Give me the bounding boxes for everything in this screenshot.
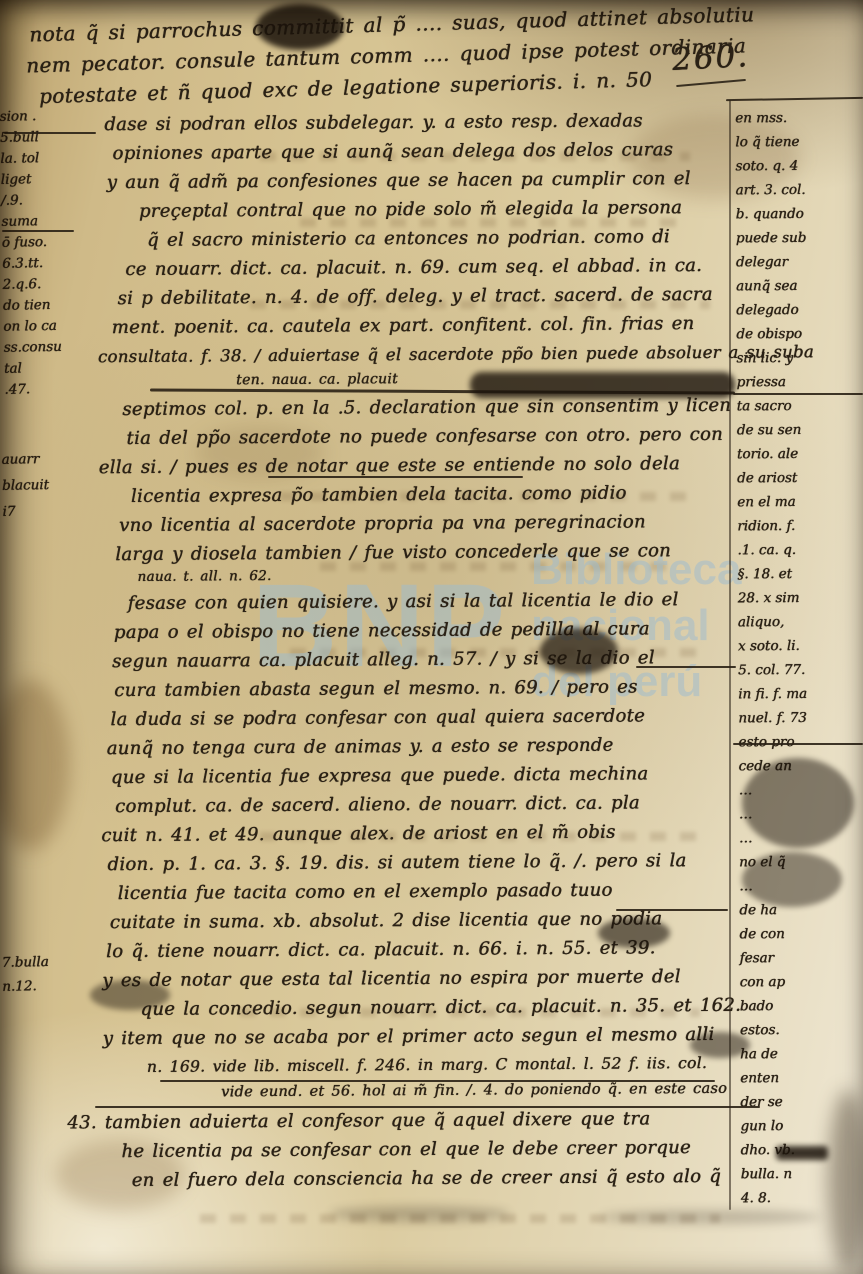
manuscript-line: ce nouarr. dict. ca. placuit. n. 69. cum… (125, 251, 735, 284)
margin-note: puede sub (736, 226, 858, 251)
margin-note: de con (739, 922, 861, 947)
manuscript-line: licentia expresa p̃o tambien dela tacita… (131, 478, 737, 511)
margin-note: 7.bulla (2, 949, 96, 975)
manuscript-line: si p debilitate. n. 4. de off. deleg. y … (117, 280, 735, 313)
margin-note: la. tol (0, 147, 94, 170)
margin-note: torio. ale (737, 442, 859, 467)
margin-note: x soto. li. (738, 634, 860, 659)
margin-note: aunq̃ sea (736, 274, 858, 299)
manuscript-line: consultata. f. 38. / aduiertase q̃ el sa… (98, 338, 736, 371)
manuscript-line: larga y diosela tambien / fue visto conc… (115, 536, 737, 569)
manuscript-line: he licentia pa se confesar con el que le… (121, 1133, 741, 1166)
margin-note: der se (740, 1090, 862, 1115)
margin-note: lo q̃ tiene (735, 130, 857, 155)
parchment-page: BNP Bibliotecanacionaldel perú nota q̃ s… (0, 0, 863, 1274)
manuscript-line: fesase con quien quisiere. y asi si la t… (128, 585, 738, 618)
ink-blot (690, 1032, 750, 1058)
margin-note: b. quando (736, 202, 858, 227)
margin-note: sion . (0, 105, 94, 128)
margin-note: 5. col. 77. (738, 658, 860, 683)
margin-note: nuel. f. 73 (738, 706, 860, 731)
ink-stroke (268, 476, 523, 478)
margin-note: 2.q.6. (2, 273, 96, 296)
manuscript-line: la duda si se podra confesar con qual qu… (110, 701, 738, 734)
margin-note: 4. 8. (741, 1186, 863, 1211)
margin-note: de obispo (736, 322, 858, 347)
margin-note: 28. x sim (738, 586, 860, 611)
manuscript-line: que la concedio. segun nouarr. dict. ca.… (140, 991, 740, 1024)
margin-note: gun lo (740, 1114, 862, 1139)
manuscript-line: que si la licentia fue expresa que puede… (111, 759, 739, 792)
ink-stroke (160, 1080, 715, 1082)
ink-stroke (2, 230, 74, 232)
manuscript-line: preçeptal contral que no pide solo m̃ el… (139, 193, 735, 226)
margin-note: esto pro (738, 730, 860, 755)
manuscript-line: tia del pp̃o sacerdote no puede confesar… (126, 420, 736, 453)
margin-note: fesar (740, 946, 862, 971)
ink-stroke (616, 909, 728, 911)
margin-note: soto. q. 4 (735, 154, 857, 179)
margin-note: delegado (736, 298, 858, 323)
manuscript-line: en el fuero dela consciencia ha se de cr… (132, 1162, 742, 1195)
margin-note: bado (740, 994, 862, 1019)
margin-note: liget (1, 168, 95, 191)
left-margin-notes: 7.bullan.12. (2, 949, 97, 999)
manuscript-line: vno licentia al sacerdote propria pa vna… (119, 507, 737, 540)
margin-note: n.12. (2, 973, 96, 999)
margin-note: ridion. f. (737, 514, 859, 539)
manuscript-line: dion. p. 1. ca. 3. §. 19. dis. si autem … (107, 846, 739, 879)
ink-stroke (4, 132, 96, 134)
manuscript-line: y aun q̃ adm̃ pa confesiones que se hace… (107, 164, 735, 197)
ink-blot (540, 628, 618, 674)
margin-note: on lo ca (3, 315, 97, 338)
margin-note: bulla. n (741, 1162, 863, 1187)
margin-note: tal (4, 357, 98, 380)
manuscript-line: aunq̃ no tenga cura de animas y. a esto … (107, 730, 739, 763)
margin-note: .47. (4, 378, 98, 401)
margin-note: en el ma (737, 490, 859, 515)
manuscript-line: dase si podran ellos subdelegar. y. a es… (104, 106, 734, 139)
manuscript-line: y item que no se acaba por el primer act… (103, 1020, 741, 1053)
margin-note: in fi. f. ma (738, 682, 860, 707)
margin-note: con ap (740, 970, 862, 995)
margin-note: enten (740, 1066, 862, 1091)
manuscript-line: 43. tambien aduierta el confesor que q̃ … (67, 1104, 741, 1138)
margin-note: priessa (736, 370, 858, 395)
margin-note: ha de (740, 1042, 862, 1067)
left-margin-notes: auarrblacuiti7 (1, 445, 96, 525)
margin-note: §. 18. et (737, 562, 859, 587)
margin-note: estos. (740, 1018, 862, 1043)
body-text: dase si podran ellos subdelegar. y. a es… (94, 106, 742, 1195)
ink-blot (600, 1210, 820, 1224)
margin-note: 6.3.tt. (2, 252, 96, 275)
manuscript-line: papa o el obispo no tiene necessidad de … (114, 614, 738, 647)
ink-stroke (636, 666, 736, 668)
margin-note: aliquo, (738, 610, 860, 635)
manuscript-line: q̃ el sacro ministerio ca entonces no po… (147, 222, 735, 255)
ink-stroke (726, 97, 863, 101)
right-margin-notes: en mss.lo q̃ tienesoto. q. 4art. 3. col.… (735, 106, 863, 1211)
ink-stroke (95, 1106, 760, 1108)
margin-note: ss.consu (3, 336, 97, 359)
manuscript-line: vide eund. et 56. hol ai m̃ fin. /. 4. d… (221, 1078, 741, 1108)
margin-note: do tien (3, 294, 97, 317)
folio-number: 260. (671, 38, 750, 78)
margin-note: i7 (2, 497, 96, 525)
margin-note: auarr (1, 445, 95, 473)
ink-blot (470, 372, 735, 398)
margin-note: delegar (736, 250, 858, 275)
margin-note: ō fuso. (2, 231, 96, 254)
margin-note: art. 3. col. (735, 178, 857, 203)
margin-note: 5.bull (0, 126, 94, 149)
ink-stroke (733, 393, 863, 395)
left-margin-notes: sion .5.bullla. tolliget/.9.sumaō fuso.6… (0, 105, 99, 401)
manuscript-line: complut. ca. de sacerd. alieno. de nouar… (115, 788, 739, 821)
ink-blot (598, 918, 670, 948)
manuscript-line: y es de notar que esta tal licentia no e… (102, 962, 740, 995)
manuscript-line: cura tambien abasta segun el mesmo. n. 6… (114, 672, 738, 705)
margin-note: de su sen (737, 418, 859, 443)
ink-blot (330, 1206, 510, 1222)
margin-note: ta sacro (737, 394, 859, 419)
ink-blot (742, 758, 854, 848)
ink-blot (90, 980, 170, 1010)
manuscript-line: opiniones aparte que si aunq̃ sean deleg… (112, 135, 734, 168)
ink-blot (742, 852, 842, 907)
ink-blot (256, 4, 344, 50)
paper-stain (0, 680, 70, 850)
ink-blot (776, 1146, 828, 1160)
margin-note: /.9. (1, 189, 95, 212)
margin-note: sin lic. y (736, 346, 858, 371)
margin-note: .1. ca. q. (737, 538, 859, 563)
manuscript-line: licentia fue tacita como en el exemplo p… (118, 875, 740, 908)
ink-stroke (733, 743, 863, 745)
manuscript-line: ment. poenit. ca. cautela ex part. confi… (112, 309, 736, 342)
manuscript-line: n. 169. vide lib. miscell. f. 246. in ma… (147, 1049, 741, 1082)
manuscript-photo: BNP Bibliotecanacionaldel perú nota q̃ s… (0, 0, 863, 1274)
margin-note: de ariost (737, 466, 859, 491)
manuscript-line: segun nauarra ca. placuit alleg. n. 57. … (112, 643, 738, 676)
margin-note: blacuit (2, 471, 96, 499)
manuscript-line: cuit n. 41. et 49. aunque alex. de arios… (101, 817, 739, 850)
margin-note: en mss. (735, 106, 857, 131)
